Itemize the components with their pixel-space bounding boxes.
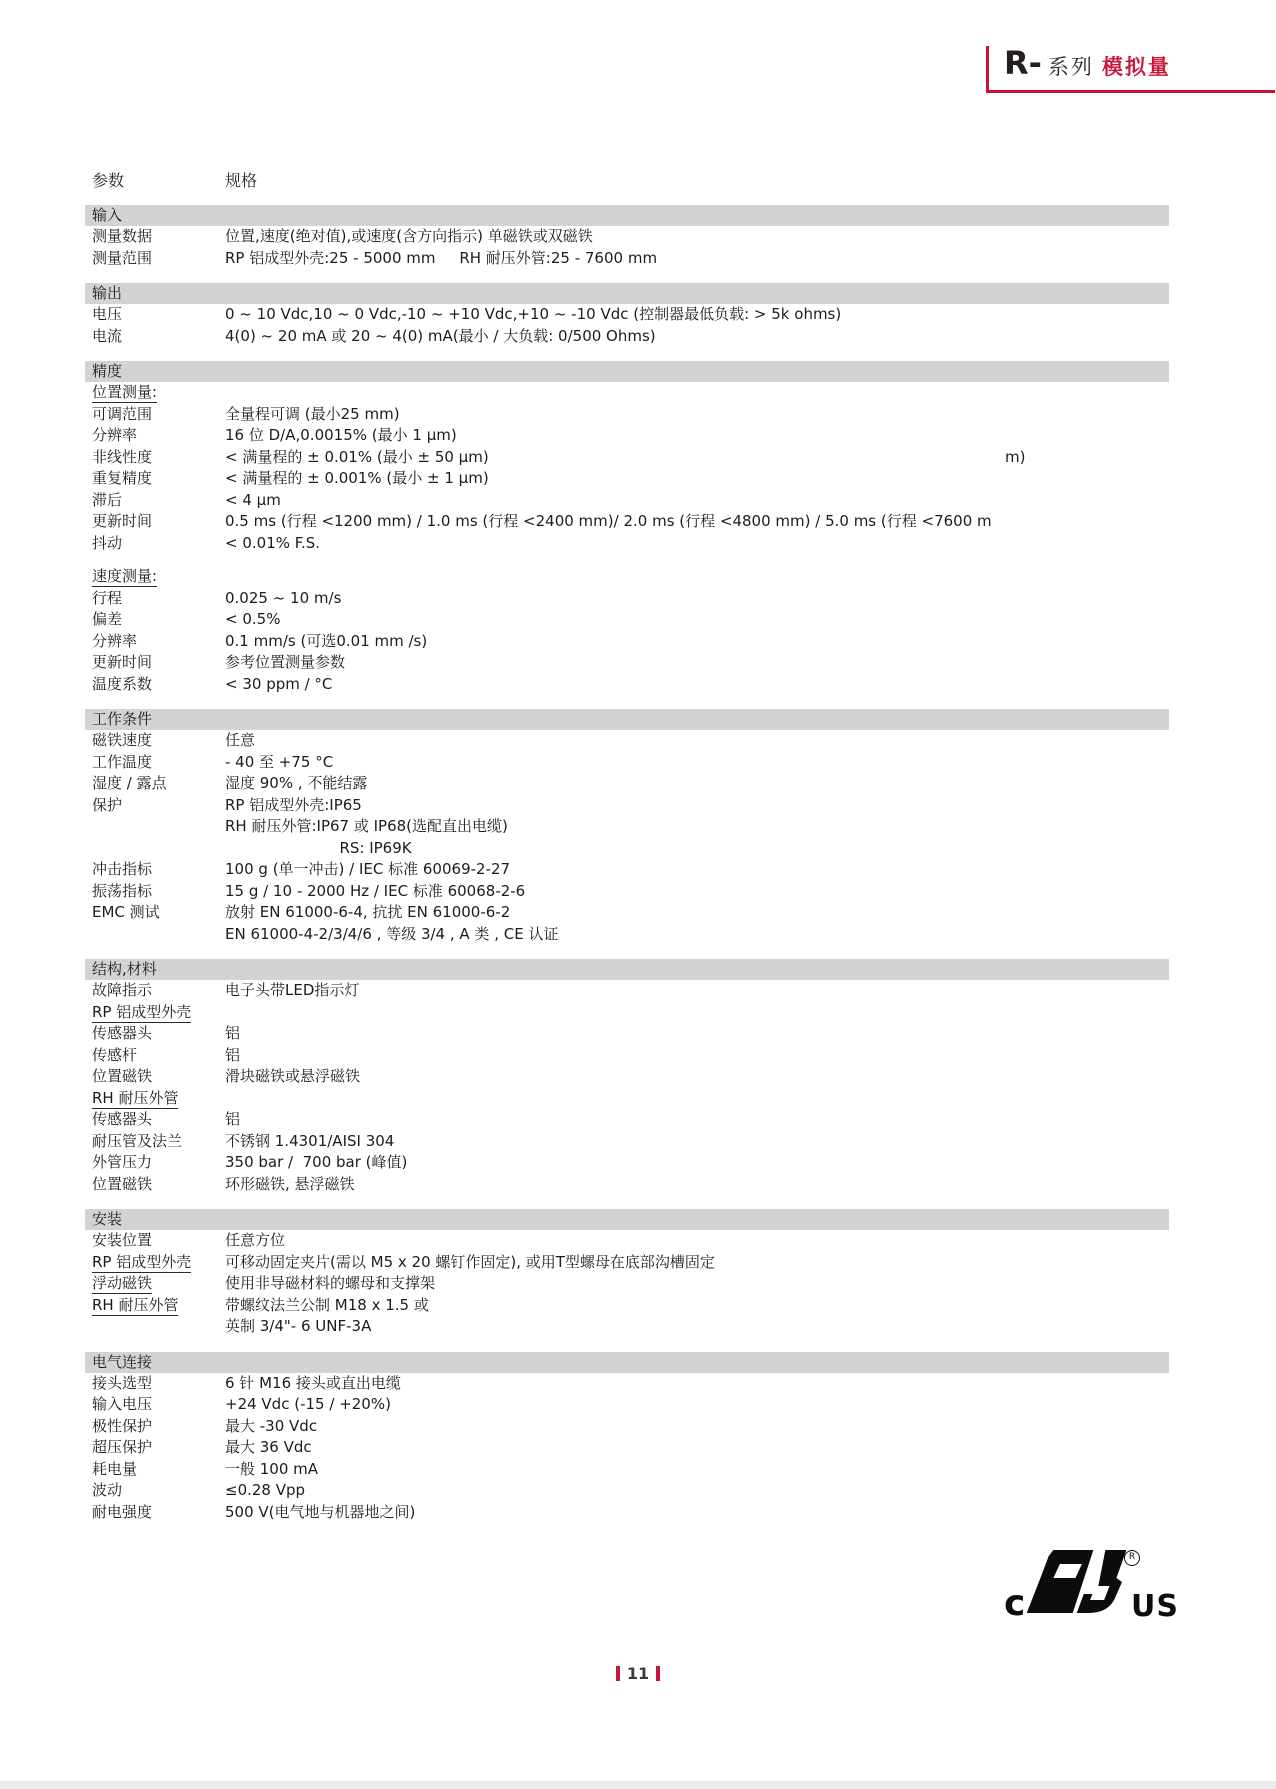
table-row: 测量范围RP 铝成型外壳:25 - 5000 mm RH 耐压外管:25 - 7…: [85, 248, 1169, 270]
spec-value-line: RP 铝成型外壳:25 - 5000 mm RH 耐压外管:25 - 7600 …: [225, 248, 1169, 270]
footer-right-bar-icon: [656, 1666, 660, 1681]
spec-label-text: 非线性度: [92, 448, 152, 466]
table-row: 分辨率0.1 mm/s (可选0.01 mm /s): [85, 631, 1169, 653]
spec-label-text: RH 耐压外管: [92, 1296, 178, 1316]
spec-label-text: 工作温度: [92, 753, 152, 771]
table-row: 抖动< 0.01% F.S.: [85, 533, 1169, 555]
spec-value-line: 0 ~ 10 Vdc,10 ~ 0 Vdc,-10 ~ +10 Vdc,+10 …: [225, 304, 1169, 326]
spec-value: 带螺纹法兰公制 M18 x 1.5 或英制 3/4"- 6 UNF-3A: [225, 1295, 1169, 1338]
page-number: 11: [627, 1666, 649, 1681]
spec-value-line: 铝: [225, 1023, 1169, 1045]
spec-value: 350 bar / 700 bar (峰值): [225, 1152, 1169, 1174]
spec-label: RH 耐压外管: [85, 1088, 225, 1110]
spec-value-line: 15 g / 10 - 2000 Hz / IEC 标准 60068-2-6: [225, 881, 1169, 903]
spec-value-line: 任意: [225, 730, 1169, 752]
spec-value-line: 6 针 M16 接头或直出电缆: [225, 1373, 1169, 1395]
spec-value-line: < 4 μm: [225, 490, 1169, 512]
title-prefix: R-: [1004, 44, 1042, 82]
spec-label: 输入电压: [85, 1394, 225, 1416]
cul-us-label: US: [1131, 1592, 1179, 1622]
spec-value: 电子头带LED指示灯: [225, 980, 1169, 1002]
spec-value-line: < 0.5%: [225, 609, 1169, 631]
spec-label-text: 冲击指标: [92, 860, 152, 878]
spec-label-text: 传感器头: [92, 1024, 152, 1042]
spec-value: < 满量程的 ± 0.01% (最小 ± 50 μm): [225, 447, 1169, 469]
row-spacer: [85, 554, 1169, 566]
spec-label: 保护: [85, 795, 225, 860]
spec-value-line: 100 g (单一冲击) / IEC 标准 60069-2-27: [225, 859, 1169, 881]
spec-label-text: 更新时间: [92, 653, 152, 671]
section-header: 精度: [85, 361, 1169, 382]
table-row: 输入电压+24 Vdc (-15 / +20%): [85, 1394, 1169, 1416]
table-row: 电流4(0) ~ 20 mA 或 20 ~ 4(0) mA(最小 / 大负载: …: [85, 326, 1169, 348]
spec-value-line: 放射 EN 61000-6-4, 抗扰 EN 61000-6-2: [225, 902, 1169, 924]
table-row: 传感器头铝: [85, 1109, 1169, 1131]
spec-label: 分辨率: [85, 425, 225, 447]
spec-value: 6 针 M16 接头或直出电缆: [225, 1373, 1169, 1395]
spec-label-text: 偏差: [92, 610, 122, 628]
spec-value-line: 任意方位: [225, 1230, 1169, 1252]
spec-label: 分辨率: [85, 631, 225, 653]
table-row: 故障指示电子头带LED指示灯: [85, 980, 1169, 1002]
spec-label: 测量范围: [85, 248, 225, 270]
spec-label: 测量数据: [85, 226, 225, 248]
spec-value-line: 350 bar / 700 bar (峰值): [225, 1152, 1169, 1174]
spec-value-line: < 0.01% F.S.: [225, 533, 1169, 555]
spec-value: 0 ~ 10 Vdc,10 ~ 0 Vdc,-10 ~ +10 Vdc,+10 …: [225, 304, 1169, 326]
table-row: 耐压管及法兰不锈钢 1.4301/AISI 304: [85, 1131, 1169, 1153]
footer-left-bar-icon: [616, 1666, 620, 1681]
spec-value-line: - 40 至 +75 °C: [225, 752, 1169, 774]
spec-label-text: 极性保护: [92, 1417, 152, 1435]
spec-value-line: 环形磁铁, 悬浮磁铁: [225, 1174, 1169, 1196]
spec-label-text: RH 耐压外管: [92, 1089, 178, 1109]
spec-value-line: [225, 382, 1169, 404]
spec-value: 使用非导磁材料的螺母和支撑架: [225, 1273, 1169, 1295]
spec-value-line: [225, 1002, 1169, 1024]
spec-label: 电压: [85, 304, 225, 326]
spec-label: 振荡指标: [85, 881, 225, 903]
spec-label-text: 位置磁铁: [92, 1067, 152, 1085]
spec-label: 磁铁速度: [85, 730, 225, 752]
spec-label: 电流: [85, 326, 225, 348]
spec-label: 传感杆: [85, 1045, 225, 1067]
spec-label-text: 保护: [92, 796, 122, 814]
section-header: 电气连接: [85, 1352, 1169, 1373]
title-series: 系列: [1048, 51, 1094, 81]
column-spec: 规格: [225, 168, 1169, 191]
title-analog: 模拟量: [1102, 51, 1171, 81]
spec-value-line: RS: IP69K: [225, 838, 1169, 860]
spec-value: 100 g (单一冲击) / IEC 标准 60069-2-27: [225, 859, 1169, 881]
spec-value: 0.1 mm/s (可选0.01 mm /s): [225, 631, 1169, 653]
table-row: 浮动磁铁使用非导磁材料的螺母和支撑架: [85, 1273, 1169, 1295]
spec-label-text: 测量数据: [92, 227, 152, 245]
table-row: 超压保护最大 36 Vdc: [85, 1437, 1169, 1459]
table-row: 速度测量:: [85, 566, 1169, 588]
table-row: 更新时间参考位置测量参数: [85, 652, 1169, 674]
spec-label: 浮动磁铁: [85, 1273, 225, 1295]
spec-table: 参数 规格 输入测量数据位置,速度(绝对值),或速度(含方向指示) 单磁铁或双磁…: [85, 168, 1169, 1523]
spec-label-text: 重复精度: [92, 469, 152, 487]
spec-label-text: 传感杆: [92, 1046, 137, 1064]
table-row: 偏差< 0.5%: [85, 609, 1169, 631]
spec-label: 耐电强度: [85, 1502, 225, 1524]
table-row: 更新时间0.5 ms (行程 <1200 mm) / 1.0 ms (行程 <2…: [85, 511, 1169, 533]
spec-label-text: 耐电强度: [92, 1503, 152, 1521]
spec-label-text: 电流: [92, 327, 122, 345]
spec-label-text: 耗电量: [92, 1460, 137, 1478]
spec-table-body: 输入测量数据位置,速度(绝对值),或速度(含方向指示) 单磁铁或双磁铁测量范围R…: [85, 205, 1169, 1523]
spec-value-line: [225, 566, 1169, 588]
spec-value: 铝: [225, 1045, 1169, 1067]
spec-value-line: 位置,速度(绝对值),或速度(含方向指示) 单磁铁或双磁铁: [225, 226, 1169, 248]
spec-value-line: 带螺纹法兰公制 M18 x 1.5 或: [225, 1295, 1169, 1317]
table-row: 分辨率16 位 D/A,0.0015% (最小 1 μm): [85, 425, 1169, 447]
spec-value-line: 全量程可调 (最小25 mm): [225, 404, 1169, 426]
table-row: 传感杆铝: [85, 1045, 1169, 1067]
spec-value-line: +24 Vdc (-15 / +20%): [225, 1394, 1169, 1416]
table-row: 振荡指标15 g / 10 - 2000 Hz / IEC 标准 60068-2…: [85, 881, 1169, 903]
section-header: 输出: [85, 283, 1169, 304]
spec-label: 湿度 / 露点: [85, 773, 225, 795]
spec-value: 16 位 D/A,0.0015% (最小 1 μm): [225, 425, 1169, 447]
spec-label-text: 湿度 / 露点: [92, 774, 167, 792]
spec-value-line: 16 位 D/A,0.0015% (最小 1 μm): [225, 425, 1169, 447]
spec-label: 故障指示: [85, 980, 225, 1002]
spec-label: EMC 测试: [85, 902, 225, 945]
spec-value: 0.025 ~ 10 m/s: [225, 588, 1169, 610]
section-header: 结构,材料: [85, 959, 1169, 980]
spec-value: 湿度 90% , 不能结露: [225, 773, 1169, 795]
table-row: 滞后< 4 μm: [85, 490, 1169, 512]
spec-value-line: 英制 3/4"- 6 UNF-3A: [225, 1316, 1169, 1338]
spec-label: 温度系数: [85, 674, 225, 696]
spec-label-text: 位置测量:: [92, 383, 157, 403]
spec-label: 冲击指标: [85, 859, 225, 881]
spec-label-text: 浮动磁铁: [92, 1274, 152, 1294]
table-row: 耐电强度500 V(电气地与机器地之间): [85, 1502, 1169, 1524]
spec-value-line: 最大 36 Vdc: [225, 1437, 1169, 1459]
spec-value: 全量程可调 (最小25 mm): [225, 404, 1169, 426]
spec-value: 滑块磁铁或悬浮磁铁: [225, 1066, 1169, 1088]
spec-value: ≤0.28 Vpp: [225, 1480, 1169, 1502]
spec-label: 滞后: [85, 490, 225, 512]
cul-c-label: c: [1004, 1586, 1025, 1622]
right-note: m): [1005, 447, 1025, 469]
spec-label-text: 可调范围: [92, 405, 152, 423]
table-row: 工作温度- 40 至 +75 °C: [85, 752, 1169, 774]
spec-value: < 30 ppm / °C: [225, 674, 1169, 696]
spec-label: 传感器头: [85, 1023, 225, 1045]
spec-label-text: 行程: [92, 589, 122, 607]
spec-label: 抖动: [85, 533, 225, 555]
spec-label: 位置磁铁: [85, 1174, 225, 1196]
table-row: RH 耐压外管带螺纹法兰公制 M18 x 1.5 或英制 3/4"- 6 UNF…: [85, 1295, 1169, 1338]
registered-trademark-icon: R: [1124, 1550, 1140, 1566]
spec-table-columns: 参数 规格: [85, 168, 1169, 191]
spec-value-line: < 30 ppm / °C: [225, 674, 1169, 696]
spec-value-line: EN 61000-4-2/3/4/6 , 等级 3/4 , A 类 , CE 认…: [225, 924, 1169, 946]
table-row: 电压0 ~ 10 Vdc,10 ~ 0 Vdc,-10 ~ +10 Vdc,+1…: [85, 304, 1169, 326]
table-row: 传感器头铝: [85, 1023, 1169, 1045]
spec-label-text: 故障指示: [92, 981, 152, 999]
spec-label: 波动: [85, 1480, 225, 1502]
datasheet-page: R- 系列 模拟量 参数 规格 输入测量数据位置,速度(绝对值),或速度(含方向…: [0, 0, 1276, 1789]
spec-label-text: 分辨率: [92, 632, 137, 650]
spec-label-text: 安装位置: [92, 1231, 152, 1249]
table-row: 位置测量:: [85, 382, 1169, 404]
table-row: RH 耐压外管: [85, 1088, 1169, 1110]
spec-value: 可移动固定夹片(需以 M5 x 20 螺钉作固定), 或用T型螺母在底部沟槽固定: [225, 1252, 1169, 1274]
spec-label-text: 抖动: [92, 534, 122, 552]
table-row: 保护RP 铝成型外壳:IP65RH 耐压外管:IP67 或 IP68(选配直出电…: [85, 795, 1169, 860]
spec-label: 更新时间: [85, 652, 225, 674]
table-row: 非线性度< 满量程的 ± 0.01% (最小 ± 50 μm)m): [85, 447, 1169, 469]
table-row: 冲击指标100 g (单一冲击) / IEC 标准 60069-2-27: [85, 859, 1169, 881]
spec-value: 最大 -30 Vdc: [225, 1416, 1169, 1438]
table-row: 极性保护最大 -30 Vdc: [85, 1416, 1169, 1438]
spec-value: RP 铝成型外壳:25 - 5000 mm RH 耐压外管:25 - 7600 …: [225, 248, 1169, 270]
table-row: RP 铝成型外壳可移动固定夹片(需以 M5 x 20 螺钉作固定), 或用T型螺…: [85, 1252, 1169, 1274]
spec-label: 速度测量:: [85, 566, 225, 588]
spec-value: RP 铝成型外壳:IP65RH 耐压外管:IP67 或 IP68(选配直出电缆)…: [225, 795, 1169, 860]
table-row: 位置磁铁环形磁铁, 悬浮磁铁: [85, 1174, 1169, 1196]
page-footer: 11: [0, 1666, 1276, 1681]
table-row: 外管压力350 bar / 700 bar (峰值): [85, 1152, 1169, 1174]
spec-label-text: 滞后: [92, 491, 122, 509]
spec-value: 0.5 ms (行程 <1200 mm) / 1.0 ms (行程 <2400 …: [225, 511, 1169, 533]
spec-value: [225, 1002, 1169, 1024]
spec-label-text: 输入电压: [92, 1395, 152, 1413]
page-edge: [0, 1781, 1276, 1789]
table-row: 位置磁铁滑块磁铁或悬浮磁铁: [85, 1066, 1169, 1088]
spec-label: 更新时间: [85, 511, 225, 533]
spec-label-text: 更新时间: [92, 512, 152, 530]
spec-value: < 0.5%: [225, 609, 1169, 631]
spec-label-text: 分辨率: [92, 426, 137, 444]
spec-value: 4(0) ~ 20 mA 或 20 ~ 4(0) mA(最小 / 大负载: 0/…: [225, 326, 1169, 348]
spec-value: < 0.01% F.S.: [225, 533, 1169, 555]
spec-label-text: 接头选型: [92, 1374, 152, 1392]
spec-label-text: RP 铝成型外壳: [92, 1003, 191, 1023]
spec-label-text: 传感器头: [92, 1110, 152, 1128]
ul-mark-icon: [1027, 1550, 1128, 1614]
table-row: 可调范围全量程可调 (最小25 mm): [85, 404, 1169, 426]
spec-label-text: EMC 测试: [92, 903, 160, 921]
section-header: 工作条件: [85, 709, 1169, 730]
spec-label: 位置测量:: [85, 382, 225, 404]
spec-label-text: 耐压管及法兰: [92, 1132, 182, 1150]
spec-value-line: 不锈钢 1.4301/AISI 304: [225, 1131, 1169, 1153]
table-row: 湿度 / 露点湿度 90% , 不能结露: [85, 773, 1169, 795]
spec-value-line: 最大 -30 Vdc: [225, 1416, 1169, 1438]
spec-value: 15 g / 10 - 2000 Hz / IEC 标准 60068-2-6: [225, 881, 1169, 903]
table-row: EMC 测试放射 EN 61000-6-4, 抗扰 EN 61000-6-2EN…: [85, 902, 1169, 945]
spec-label: RH 耐压外管: [85, 1295, 225, 1338]
table-row: 接头选型6 针 M16 接头或直出电缆: [85, 1373, 1169, 1395]
spec-value-line: 0.5 ms (行程 <1200 mm) / 1.0 ms (行程 <2400 …: [225, 511, 1169, 533]
spec-value-line: < 满量程的 ± 0.01% (最小 ± 50 μm): [225, 447, 1169, 469]
table-row: 耗电量一般 100 mA: [85, 1459, 1169, 1481]
spec-label: RP 铝成型外壳: [85, 1002, 225, 1024]
spec-value: 500 V(电气地与机器地之间): [225, 1502, 1169, 1524]
table-row: 安装位置任意方位: [85, 1230, 1169, 1252]
spec-value: < 满量程的 ± 0.001% (最小 ± 1 μm): [225, 468, 1169, 490]
spec-label: 传感器头: [85, 1109, 225, 1131]
spec-label: 安装位置: [85, 1230, 225, 1252]
spec-label-text: 磁铁速度: [92, 731, 152, 749]
spec-value-line: 使用非导磁材料的螺母和支撑架: [225, 1273, 1169, 1295]
spec-value-line: 可移动固定夹片(需以 M5 x 20 螺钉作固定), 或用T型螺母在底部沟槽固定: [225, 1252, 1169, 1274]
spec-label: 耐压管及法兰: [85, 1131, 225, 1153]
spec-label: 极性保护: [85, 1416, 225, 1438]
spec-value-line: 0.1 mm/s (可选0.01 mm /s): [225, 631, 1169, 653]
table-row: 测量数据位置,速度(绝对值),或速度(含方向指示) 单磁铁或双磁铁: [85, 226, 1169, 248]
spec-value: 任意: [225, 730, 1169, 752]
spec-value: 一般 100 mA: [225, 1459, 1169, 1481]
spec-label-text: 测量范围: [92, 249, 152, 267]
spec-value: 环形磁铁, 悬浮磁铁: [225, 1174, 1169, 1196]
spec-value-line: 滑块磁铁或悬浮磁铁: [225, 1066, 1169, 1088]
spec-value-line: 一般 100 mA: [225, 1459, 1169, 1481]
spec-value: [225, 566, 1169, 588]
page-title: R- 系列 模拟量: [1004, 44, 1171, 82]
spec-label: 超压保护: [85, 1437, 225, 1459]
spec-label-text: 波动: [92, 1481, 122, 1499]
spec-label-text: RP 铝成型外壳: [92, 1253, 191, 1273]
spec-value-line: ≤0.28 Vpp: [225, 1480, 1169, 1502]
table-row: 波动≤0.28 Vpp: [85, 1480, 1169, 1502]
spec-label: 非线性度: [85, 447, 225, 469]
spec-label: 行程: [85, 588, 225, 610]
column-param: 参数: [85, 168, 225, 191]
spec-value-line: < 满量程的 ± 0.001% (最小 ± 1 μm): [225, 468, 1169, 490]
spec-value: 任意方位: [225, 1230, 1169, 1252]
section-header: 输入: [85, 205, 1169, 226]
spec-label: 耗电量: [85, 1459, 225, 1481]
spec-value: - 40 至 +75 °C: [225, 752, 1169, 774]
spec-value: 不锈钢 1.4301/AISI 304: [225, 1131, 1169, 1153]
spec-label: 外管压力: [85, 1152, 225, 1174]
spec-value: 参考位置测量参数: [225, 652, 1169, 674]
spec-value-line: [225, 1088, 1169, 1110]
table-row: RP 铝成型外壳: [85, 1002, 1169, 1024]
spec-value: 放射 EN 61000-6-4, 抗扰 EN 61000-6-2EN 61000…: [225, 902, 1169, 945]
spec-value-line: 铝: [225, 1109, 1169, 1131]
spec-value-line: 铝: [225, 1045, 1169, 1067]
spec-label-text: 外管压力: [92, 1153, 152, 1171]
spec-label-text: 位置磁铁: [92, 1175, 152, 1193]
spec-value-line: RH 耐压外管:IP67 或 IP68(选配直出电缆): [225, 816, 1169, 838]
spec-value-line: 0.025 ~ 10 m/s: [225, 588, 1169, 610]
spec-label-text: 电压: [92, 305, 122, 323]
section-header: 安装: [85, 1209, 1169, 1230]
spec-value: [225, 382, 1169, 404]
spec-label: RP 铝成型外壳: [85, 1252, 225, 1274]
spec-label-text: 温度系数: [92, 675, 152, 693]
spec-label: 工作温度: [85, 752, 225, 774]
spec-value: 位置,速度(绝对值),或速度(含方向指示) 单磁铁或双磁铁: [225, 226, 1169, 248]
spec-label: 重复精度: [85, 468, 225, 490]
spec-value-line: 500 V(电气地与机器地之间): [225, 1502, 1169, 1524]
spec-label: 可调范围: [85, 404, 225, 426]
spec-value: [225, 1088, 1169, 1110]
spec-value: 铝: [225, 1109, 1169, 1131]
spec-label: 位置磁铁: [85, 1066, 225, 1088]
spec-label-text: 超压保护: [92, 1438, 152, 1456]
spec-value-line: 4(0) ~ 20 mA 或 20 ~ 4(0) mA(最小 / 大负载: 0/…: [225, 326, 1169, 348]
spec-value: 最大 36 Vdc: [225, 1437, 1169, 1459]
spec-label: 接头选型: [85, 1373, 225, 1395]
table-row: 行程0.025 ~ 10 m/s: [85, 588, 1169, 610]
spec-label-text: 振荡指标: [92, 882, 152, 900]
spec-label-text: 速度测量:: [92, 567, 157, 587]
table-row: 磁铁速度任意: [85, 730, 1169, 752]
spec-value-line: RP 铝成型外壳:IP65: [225, 795, 1169, 817]
spec-value: 铝: [225, 1023, 1169, 1045]
spec-value-line: 电子头带LED指示灯: [225, 980, 1169, 1002]
table-row: 温度系数< 30 ppm / °C: [85, 674, 1169, 696]
spec-value-line: 参考位置测量参数: [225, 652, 1169, 674]
spec-value-line: 湿度 90% , 不能结露: [225, 773, 1169, 795]
cul-us-certification: c R US: [1004, 1550, 1179, 1630]
spec-label: 偏差: [85, 609, 225, 631]
spec-value: < 4 μm: [225, 490, 1169, 512]
table-row: 重复精度< 满量程的 ± 0.001% (最小 ± 1 μm): [85, 468, 1169, 490]
spec-value: +24 Vdc (-15 / +20%): [225, 1394, 1169, 1416]
